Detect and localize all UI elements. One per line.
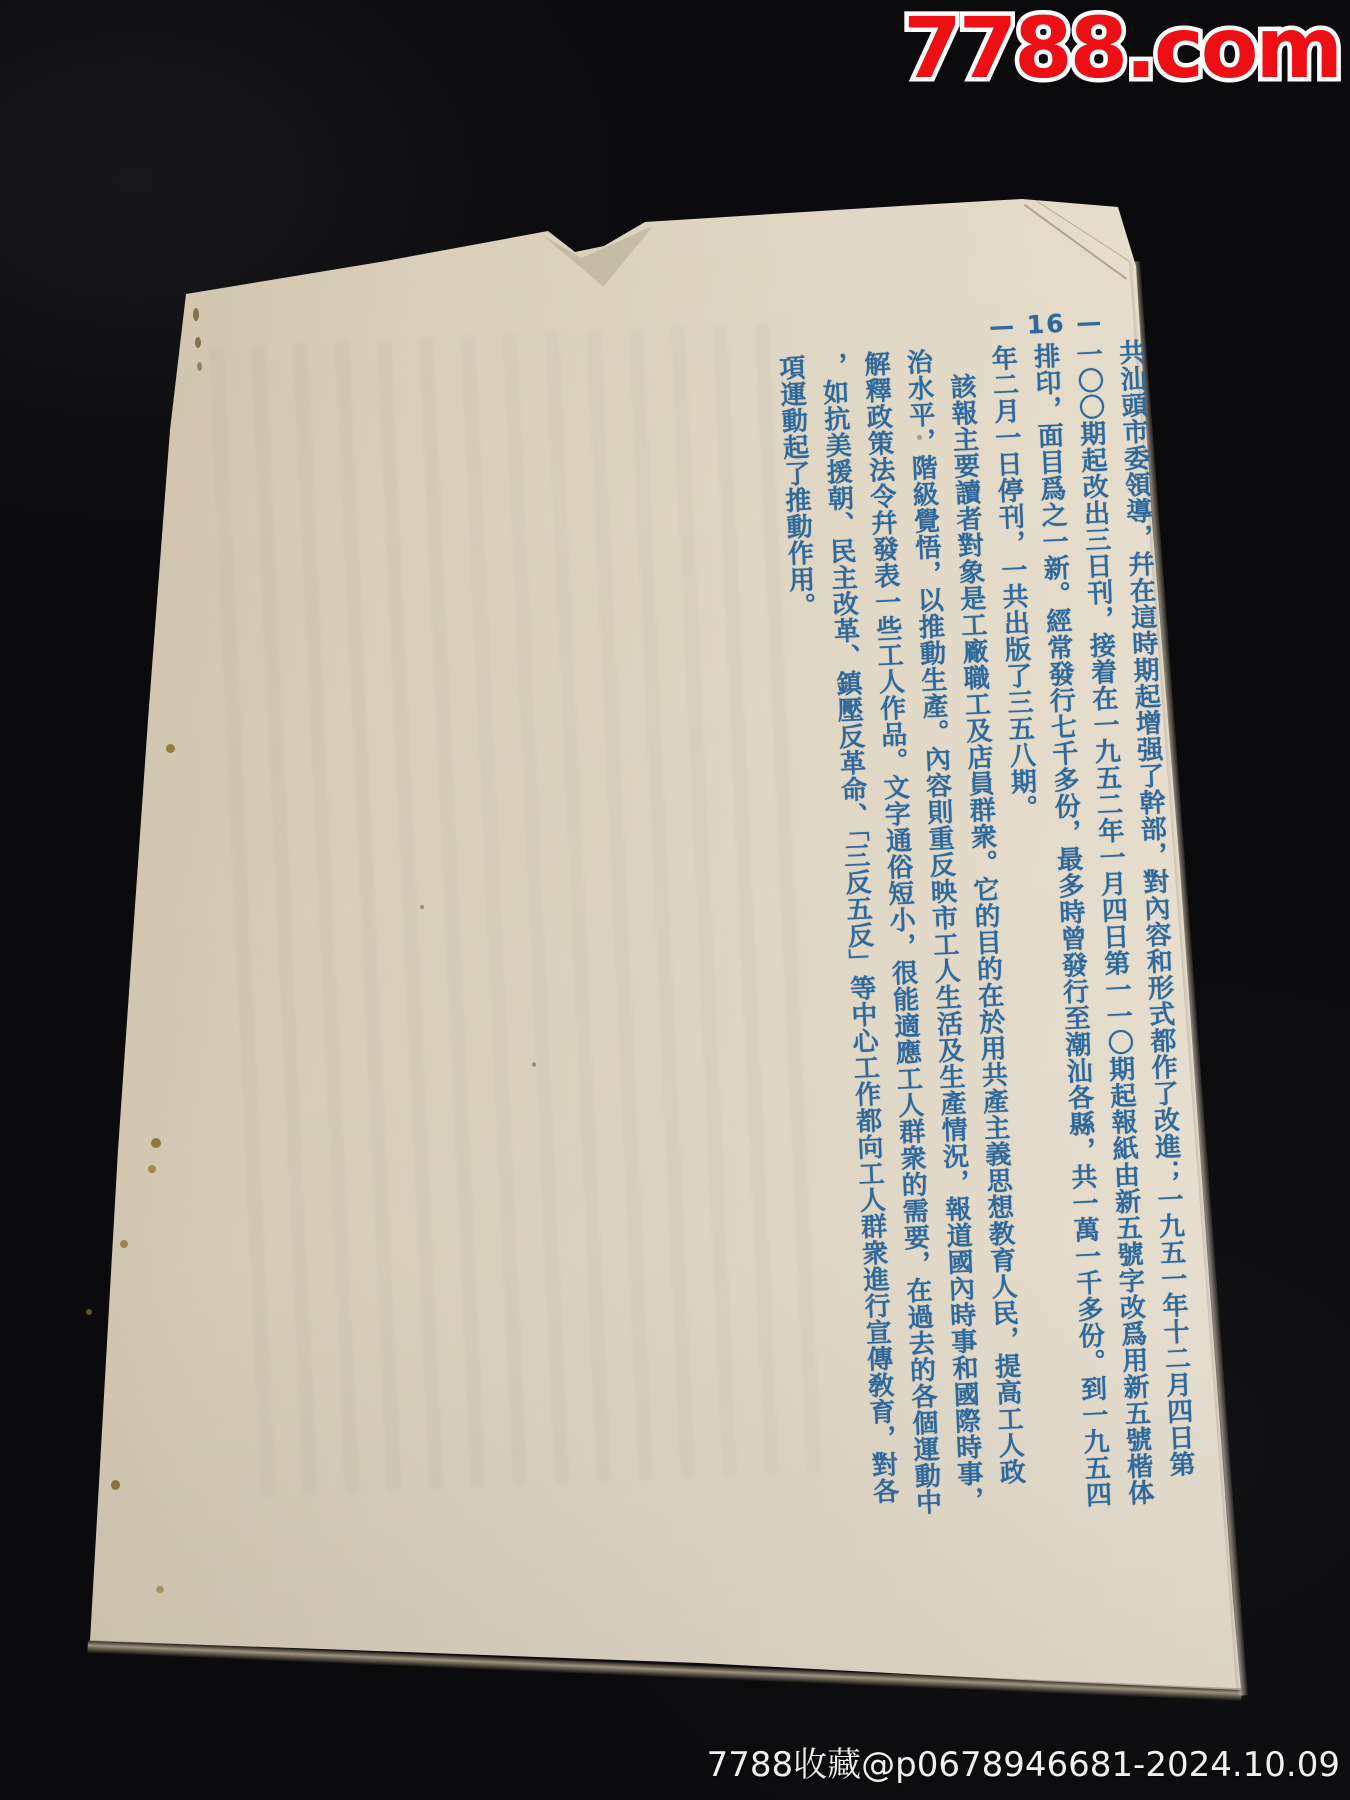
vertical-text-block: 共汕頭市委領導，幷在這時期起增强了幹部，對內容和形式都作了改進；一九五一年十二月… xyxy=(770,338,1206,1604)
print-show-through xyxy=(209,323,821,1497)
photo-background: — 16 — 共汕頭市委領導，幷在這時期起增强了幹部，對內容和形式都作了改進；一… xyxy=(0,0,1350,1800)
stain xyxy=(86,1309,92,1315)
stain xyxy=(532,1062,536,1067)
stain xyxy=(193,308,199,321)
stain xyxy=(197,362,202,371)
watermark-7788-text: 7788.com xyxy=(903,0,1340,97)
stain xyxy=(156,1586,164,1593)
watermark-7788-logo: 7788.com 7788.com xyxy=(903,2,1340,94)
stain xyxy=(420,905,424,909)
stain xyxy=(151,1138,161,1148)
stain xyxy=(120,1240,128,1248)
stain xyxy=(166,744,175,753)
page-number: — 16 — xyxy=(988,307,1103,341)
watermark-credit: 7788收藏@p0678946681-2024.10.09 xyxy=(707,1737,1340,1786)
stain xyxy=(111,1480,120,1490)
page-text: — 16 — 共汕頭市委領導，幷在這時期起增强了幹部，對內容和形式都作了改進；一… xyxy=(770,338,1206,1604)
stain xyxy=(195,337,201,348)
stain xyxy=(148,1165,156,1173)
